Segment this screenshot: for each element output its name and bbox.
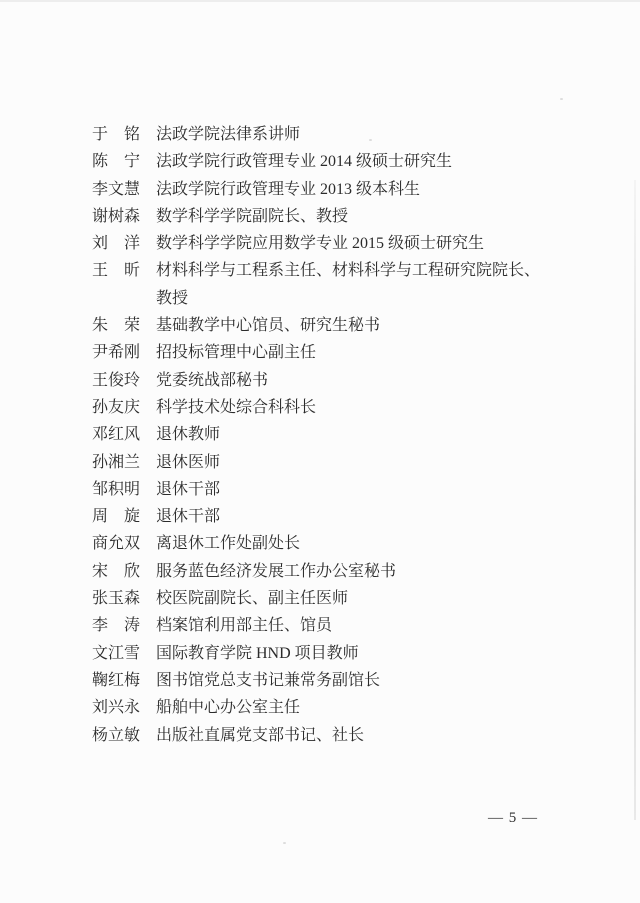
roster-row: 宋 欣 服务蓝色经济发展工作办公室秘书 [92,558,562,585]
person-title: 国际教育学院 HND 项目教师 [156,640,359,667]
person-name: 李 涛 [92,612,140,639]
roster-list: 于 铭 法政学院法律系讲师 陈 宁 法政学院行政管理专业 2014 级硕士研究生… [92,121,562,749]
roster-row: 孙友庆 科学技术处综合科科长 [92,394,562,421]
person-name: 邓红风 [92,421,140,448]
person-name: 孙湘兰 [92,449,140,476]
scan-speck [560,98,563,100]
roster-row: 周 旋 退休干部 [92,503,562,530]
person-title: 退休医师 [156,449,220,476]
page-number: — 5 — [488,810,538,827]
person-title: 党委统战部秘书 [156,367,268,394]
person-name: 鞠红梅 [92,667,140,694]
person-title: 数学科学学院副院长、教授 [156,203,348,230]
person-name: 王 昕 [92,257,140,284]
person-title: 档案馆利用部主任、馆员 [156,612,332,639]
person-title: 退休干部 [156,503,220,530]
person-name: 刘 洋 [92,230,140,257]
roster-row: 李文慧 法政学院行政管理专业 2013 级本科生 [92,176,562,203]
person-name: 李文慧 [92,176,140,203]
person-name: 王俊玲 [92,367,140,394]
person-title: 图书馆党总支书记兼常务副馆长 [156,667,380,694]
person-title: 服务蓝色经济发展工作办公室秘书 [156,558,396,585]
person-name: 陈 宁 [92,148,140,175]
roster-row: 朱 荣 基础教学中心馆员、研究生秘书 [92,312,562,339]
person-name: 尹希刚 [92,339,140,366]
roster-row: 刘 洋 数学科学学院应用数学专业 2015 级硕士研究生 [92,230,562,257]
person-name: 张玉森 [92,585,140,612]
scan-edge-top-artifact [0,0,640,2]
roster-row: 孙湘兰 退休医师 [92,449,562,476]
roster-row: 谢树森 数学科学学院副院长、教授 [92,203,562,230]
roster-row: 尹希刚 招投标管理中心副主任 [92,339,562,366]
roster-row: 邹积明 退休干部 [92,476,562,503]
person-name: 杨立敏 [92,722,140,749]
person-name: 孙友庆 [92,394,140,421]
person-title: 退休干部 [156,476,220,503]
person-title: 法政学院行政管理专业 2013 级本科生 [156,176,420,203]
scan-speck [283,842,286,844]
person-title: 招投标管理中心副主任 [156,339,316,366]
roster-row: 陈 宁 法政学院行政管理专业 2014 级硕士研究生 [92,148,562,175]
person-title: 法政学院行政管理专业 2014 级硕士研究生 [156,148,452,175]
roster-row: 鞠红梅 图书馆党总支书记兼常务副馆长 [92,667,562,694]
person-title: 材料科学与工程系主任、材料科学与工程研究院院长、教授 [156,257,551,312]
person-name: 商允双 [92,530,140,557]
roster-row: 李 涛 档案馆利用部主任、馆员 [92,612,562,639]
person-name: 谢树森 [92,203,140,230]
person-name: 宋 欣 [92,558,140,585]
person-name: 文江雪 [92,640,140,667]
person-title: 基础教学中心馆员、研究生秘书 [156,312,380,339]
roster-row: 张玉森 校医院副院长、副主任医师 [92,585,562,612]
person-title: 校医院副院长、副主任医师 [156,585,348,612]
person-title: 船舶中心办公室主任 [156,694,300,721]
roster-row: 邓红风 退休教师 [92,421,562,448]
roster-row: 商允双 离退休工作处副处长 [92,530,562,557]
person-title: 退休教师 [156,421,220,448]
roster-row: 王 昕 材料科学与工程系主任、材料科学与工程研究院院长、教授 [92,257,562,312]
person-title: 法政学院法律系讲师 [156,121,300,148]
person-name: 刘兴永 [92,694,140,721]
person-title: 数学科学学院应用数学专业 2015 级硕士研究生 [156,230,484,257]
person-name: 周 旋 [92,503,140,530]
person-title: 离退休工作处副处长 [156,530,300,557]
roster-row: 杨立敏 出版社直属党支部书记、社长 [92,722,562,749]
person-name: 朱 荣 [92,312,140,339]
roster-row: 王俊玲 党委统战部秘书 [92,367,562,394]
person-title: 出版社直属党支部书记、社长 [156,722,364,749]
person-name: 于 铭 [92,121,140,148]
roster-row: 刘兴永 船舶中心办公室主任 [92,694,562,721]
person-name: 邹积明 [92,476,140,503]
roster-row: 于 铭 法政学院法律系讲师 [92,121,562,148]
roster-row: 文江雪 国际教育学院 HND 项目教师 [92,640,562,667]
scan-edge-right-artifact [634,180,636,820]
person-title: 科学技术处综合科科长 [156,394,316,421]
